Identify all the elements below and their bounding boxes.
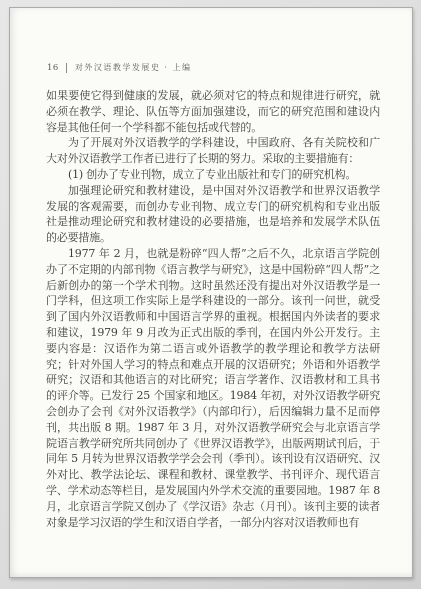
header-divider <box>66 63 67 73</box>
paragraph: (1) 创办了专业刊物，成立了专业出版社和专门的研究机构。 <box>46 167 380 183</box>
scan-background: 16 对外汉语教学发展史 · 上编 如果要使它得到健康的发展，就必须对它的特点和… <box>0 0 421 589</box>
paragraph: 如果要使它得到健康的发展，就必须对它的特点和规律进行研究，就必须在教学、理论、队… <box>46 88 380 135</box>
page-body: 如果要使它得到健康的发展，就必须对它的特点和规律进行研究，就必须在教学、理论、队… <box>46 88 380 530</box>
book-page: 16 对外汉语教学发展史 · 上编 如果要使它得到健康的发展，就必须对它的特点和… <box>9 7 413 578</box>
paragraph: 加强理论研究和教材建设，是中国对外汉语教学和世界汉语教学发展的客观需要，而创办专… <box>46 183 380 246</box>
page-header: 16 对外汉语教学发展史 · 上编 <box>47 62 191 73</box>
paragraph: 1977 年 2 月，也就是粉碎“四人帮”之后不久，北京语言学院创办了不定期的内… <box>46 246 380 530</box>
page-number: 16 <box>47 63 59 73</box>
paragraph: 为了开展对外汉语教学的学科建设，中国政府、各有关院校和广大对外汉语教学工作者已进… <box>46 135 380 167</box>
running-title: 对外汉语教学发展史 · 上编 <box>75 62 192 73</box>
